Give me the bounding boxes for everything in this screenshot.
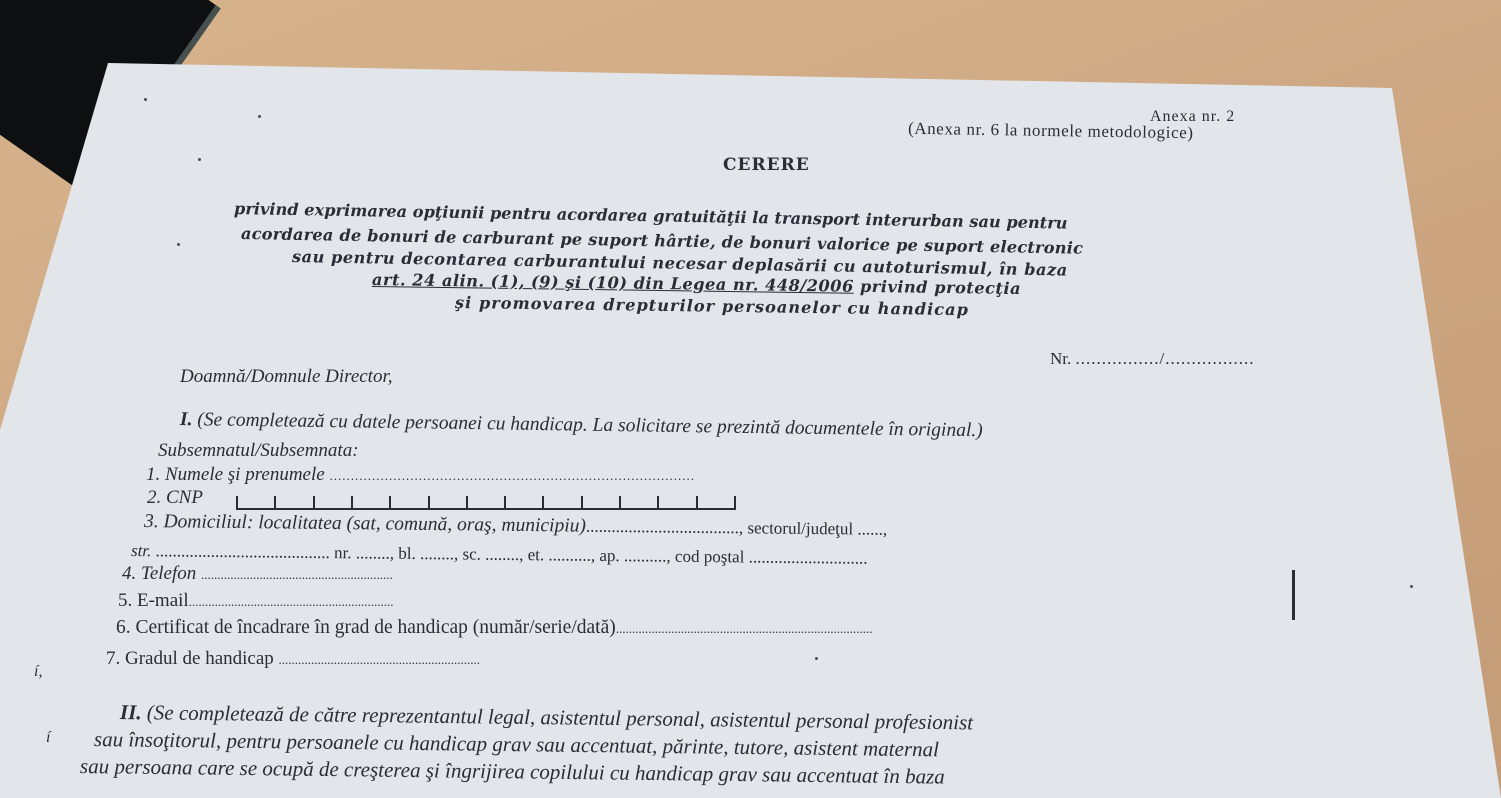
section-2-number: II. bbox=[120, 700, 142, 724]
annex-reference: (Anexa nr. 6 la normele metodologice) bbox=[908, 119, 1194, 143]
field-cnp-label: 2. CNP bbox=[147, 487, 203, 509]
cnp-box-divider bbox=[466, 496, 468, 510]
form-title: CERERE bbox=[723, 155, 810, 175]
field-email-input[interactable]: ........................................… bbox=[189, 594, 394, 609]
registration-label: Nr. bbox=[1050, 349, 1071, 368]
salutation: Doamnă/Domnule Director, bbox=[180, 366, 393, 388]
cnp-box-divider bbox=[351, 496, 353, 510]
form-document: Anexa nr. 2 (Anexa nr. 6 la normele meto… bbox=[0, 0, 1501, 798]
cnp-box-divider bbox=[696, 496, 698, 510]
cnp-box-divider bbox=[313, 496, 315, 510]
field-cnp-boxes[interactable] bbox=[236, 488, 736, 510]
field-domicile-input[interactable]: ...................................., se… bbox=[586, 517, 887, 539]
registration-field[interactable]: ................/................. bbox=[1076, 349, 1255, 368]
section-1-heading: I. (Se completează cu datele persoanei c… bbox=[180, 409, 983, 442]
field-name-label: 1. Numele şi prenumele bbox=[146, 464, 325, 485]
subtitle-line-4-rest: privind protecţia bbox=[854, 277, 1022, 298]
cnp-box-divider bbox=[734, 496, 736, 510]
field-name[interactable]: 1. Numele şi prenumele .................… bbox=[146, 464, 695, 486]
pen-mark bbox=[1292, 570, 1295, 620]
cnp-box-divider bbox=[619, 496, 621, 510]
field-domicile[interactable]: 3. Domiciliul: localitatea (sat, comună,… bbox=[144, 511, 887, 541]
field-certificate-label: 6. Certificat de încadrare în grad de ha… bbox=[116, 617, 616, 638]
field-phone-label: 4. Telefon bbox=[122, 563, 196, 584]
subtitle-line-5: şi promovarea drepturilor persoanelor cu… bbox=[455, 293, 969, 319]
stray-mark: í, bbox=[34, 663, 42, 681]
field-phone-input[interactable]: ........................................… bbox=[201, 567, 393, 582]
cnp-box-divider bbox=[389, 496, 391, 510]
field-name-input[interactable]: ........................................… bbox=[329, 468, 695, 483]
cnp-box-divider bbox=[236, 496, 238, 510]
field-email[interactable]: 5. E-mail...............................… bbox=[118, 590, 393, 612]
field-phone[interactable]: 4. Telefon .............................… bbox=[122, 563, 393, 585]
cnp-box-divider bbox=[581, 496, 583, 510]
cnp-box-divider bbox=[504, 496, 506, 510]
cnp-box-divider bbox=[657, 496, 659, 510]
section-1-instructions: (Se completează cu datele persoanei cu h… bbox=[192, 409, 983, 441]
field-degree[interactable]: 7. Gradul de handicap ..................… bbox=[106, 648, 480, 670]
field-degree-input[interactable]: ........................................… bbox=[279, 652, 481, 667]
section-1-intro: Subsemnatul/Subsemnata: bbox=[158, 440, 359, 462]
cnp-box-divider bbox=[542, 496, 544, 510]
registration-number[interactable]: Nr. ................/................. bbox=[1050, 349, 1254, 369]
field-certificate-input[interactable]: ........................................… bbox=[616, 621, 873, 636]
field-street-label: str. bbox=[131, 541, 152, 560]
field-email-label: 5. E-mail bbox=[118, 590, 189, 611]
cnp-box-divider bbox=[428, 496, 430, 510]
field-certificate[interactable]: 6. Certificat de încadrare în grad de ha… bbox=[116, 617, 872, 639]
cnp-baseline bbox=[236, 508, 736, 510]
field-degree-label: 7. Gradul de handicap bbox=[106, 648, 274, 669]
field-domicile-label: 3. Domiciliul: localitatea (sat, comună,… bbox=[144, 511, 586, 537]
cnp-box-divider bbox=[274, 496, 276, 510]
section-1-number: I. bbox=[180, 409, 193, 430]
stray-mark: í bbox=[46, 729, 50, 747]
